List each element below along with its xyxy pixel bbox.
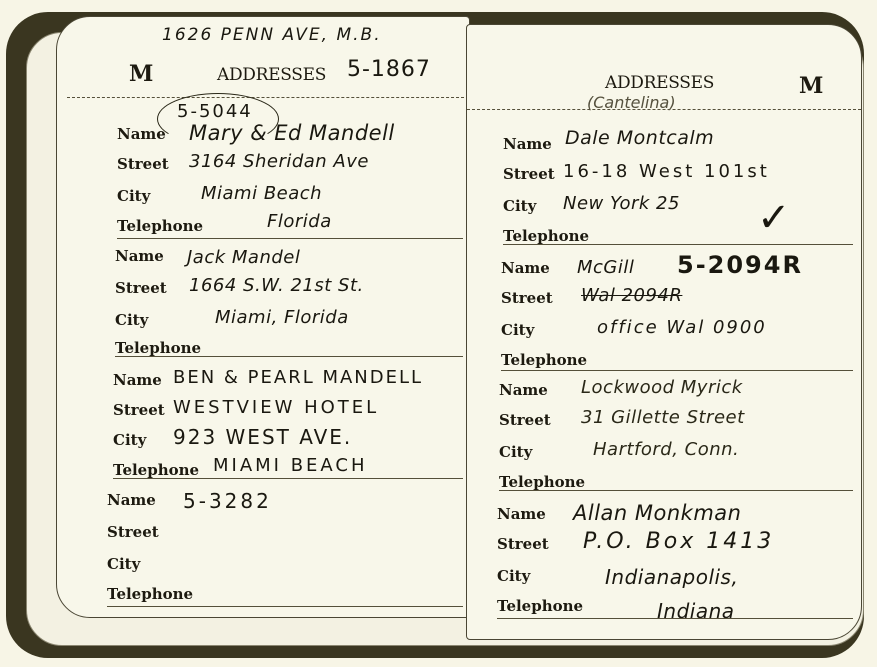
telephone-label: Telephone: [499, 473, 585, 491]
name-label: Name: [107, 491, 156, 509]
street-value: P.O. Box 1413: [583, 529, 774, 554]
telephone-label: Telephone: [115, 339, 201, 357]
address-entry: Name Jack Mandel Street 1664 S.W. 21st S…: [115, 241, 463, 357]
telephone-label: Telephone: [113, 461, 199, 479]
city-value: Miami, Florida: [215, 307, 349, 328]
telephone-value: Florida: [267, 211, 332, 232]
name-value: Allan Monkman: [573, 501, 741, 525]
city-value: Indianapolis,: [605, 565, 738, 589]
street-label: Street: [499, 411, 551, 429]
address-entry: Name 5-3282 Street City Telephone: [107, 483, 463, 607]
address-entry: Name Dale Montcalm Street 16-18 West 101…: [503, 115, 853, 245]
name-label: Name: [117, 125, 166, 143]
city-label: City: [113, 431, 146, 449]
name-value: Lockwood Myrick: [581, 377, 743, 398]
city-label: City: [501, 321, 534, 339]
right-letter-tab: M: [799, 73, 823, 99]
left-letter-tab: M: [129, 61, 153, 87]
city-label: City: [117, 187, 150, 205]
city-value: Miami Beach: [201, 183, 322, 204]
address-entry: Name McGill 5-2094R Street Wal 2094R Cit…: [501, 247, 853, 371]
address-entry: Name Allan Monkman Street P.O. Box 1413 …: [497, 495, 853, 619]
name-label: Name: [501, 259, 550, 277]
header-rule: [67, 97, 469, 98]
name-value: Jack Mandel: [187, 247, 300, 268]
street-label: Street: [497, 535, 549, 553]
entry-note: 5-5044: [177, 101, 253, 122]
checkmark-annotation: ✓: [757, 195, 791, 241]
entry-rule: [499, 490, 853, 491]
street-value: 3164 Sheridan Ave: [189, 151, 369, 172]
entry-rule: [501, 370, 853, 371]
street-label: Street: [117, 155, 169, 173]
city-value: Hartford, Conn.: [593, 439, 739, 460]
name-label: Name: [499, 381, 548, 399]
name-value: Dale Montcalm: [565, 127, 714, 149]
entry-rule: [107, 606, 463, 607]
left-page: 1626 PENN AVE, M.B. M ADDRESSES 5-1867 5…: [56, 16, 470, 618]
street-value: Wal 2094R: [581, 285, 682, 306]
street-label: Street: [503, 165, 555, 183]
city-label: City: [107, 555, 140, 573]
street-value: 16-18 West 101st: [563, 161, 770, 182]
telephone-label: Telephone: [503, 227, 589, 245]
telephone-value: Indiana: [657, 599, 735, 623]
name-value: 5-3282: [183, 489, 272, 513]
name-value: BEN & PEARL MANDELL: [173, 367, 423, 388]
name-label: Name: [503, 135, 552, 153]
name-label: Name: [115, 247, 164, 265]
top-address-note: 1626 PENN AVE, M.B.: [162, 25, 382, 45]
left-page-title: ADDRESSES: [217, 65, 326, 85]
entry-rule: [497, 618, 853, 619]
entry-rule: [113, 478, 463, 479]
street-label: Street: [107, 523, 159, 541]
city-label: City: [497, 567, 530, 585]
street-label: Street: [115, 279, 167, 297]
name-label: Name: [497, 505, 546, 523]
header-note: (Cantelina): [587, 93, 676, 112]
telephone-value: MIAMI BEACH: [213, 455, 368, 476]
entry-rule: [117, 238, 463, 239]
street-label: Street: [113, 401, 165, 419]
address-entry: 5-5044 Name Mary & Ed Mandell Street 316…: [117, 99, 463, 239]
name-value: McGill: [577, 257, 634, 278]
address-entry: Name Lockwood Myrick Street 31 Gillette …: [499, 373, 853, 491]
telephone-label: Telephone: [117, 217, 203, 235]
name-phone-value: 5-2094R: [677, 251, 803, 279]
city-label: City: [503, 197, 536, 215]
entry-rule: [115, 356, 463, 357]
header-phone-note: 5-1867: [347, 57, 431, 82]
entry-rule: [503, 244, 853, 245]
name-label: Name: [113, 371, 162, 389]
street-value: WESTVIEW HOTEL: [173, 397, 379, 418]
right-page: ADDRESSES M (Cantelina) Name Dale Montca…: [466, 24, 862, 640]
telephone-label: Telephone: [501, 351, 587, 369]
city-value: office Wal 0900: [597, 317, 767, 338]
street-value: 31 Gillette Street: [581, 407, 745, 428]
telephone-label: Telephone: [497, 597, 583, 615]
city-value: 923 WEST AVE.: [173, 425, 352, 449]
city-value: New York 25: [563, 193, 680, 214]
city-label: City: [115, 311, 148, 329]
address-entry: Name BEN & PEARL MANDELL Street WESTVIEW…: [113, 359, 463, 479]
name-value: Mary & Ed Mandell: [189, 121, 395, 145]
telephone-label: Telephone: [107, 585, 193, 603]
street-value: 1664 S.W. 21st St.: [189, 275, 364, 296]
right-page-title: ADDRESSES: [605, 73, 714, 93]
city-label: City: [499, 443, 532, 461]
street-label: Street: [501, 289, 553, 307]
